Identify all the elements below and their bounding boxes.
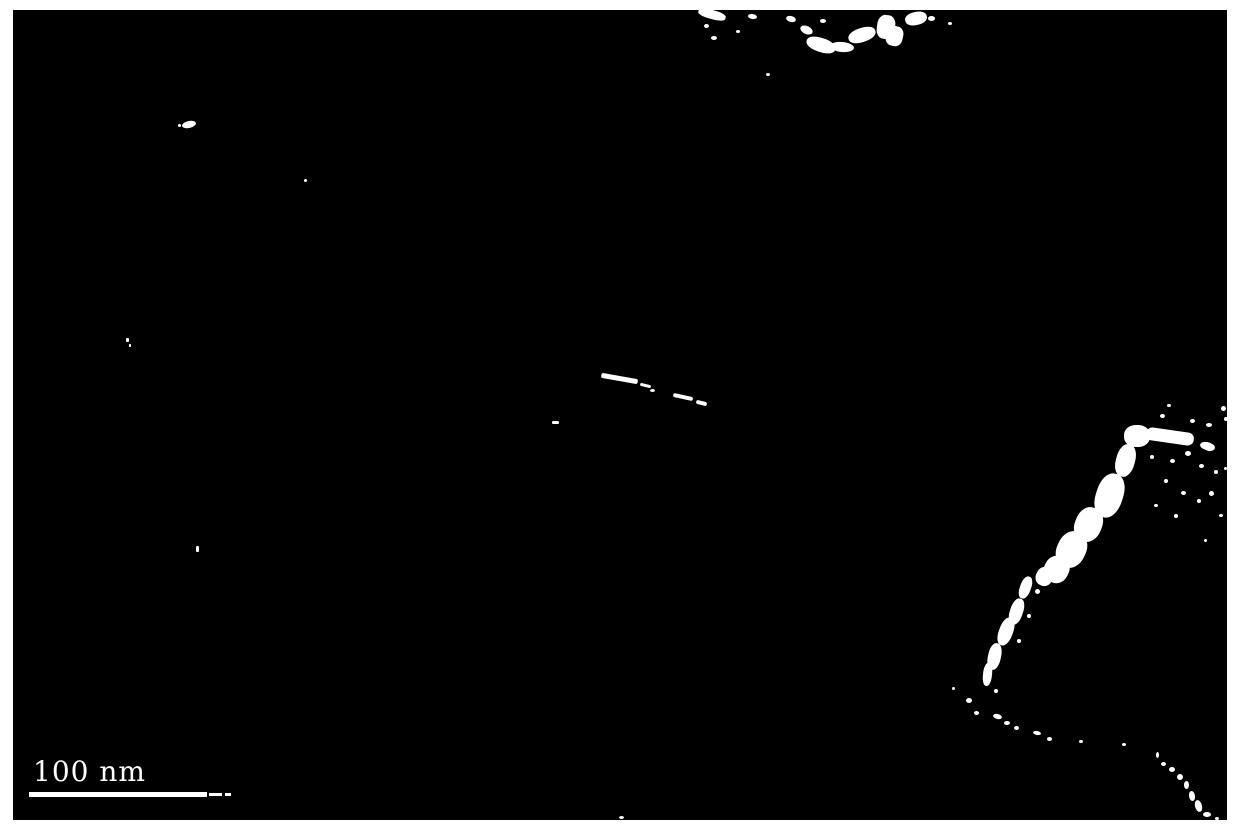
scale-bar-line-dash — [209, 793, 222, 796]
scale-bar-line-dash — [225, 793, 231, 796]
scale-bar-label: 100 nm — [33, 755, 146, 788]
electron-micrograph-frame — [13, 10, 1227, 820]
scale-bar-line — [29, 792, 207, 797]
